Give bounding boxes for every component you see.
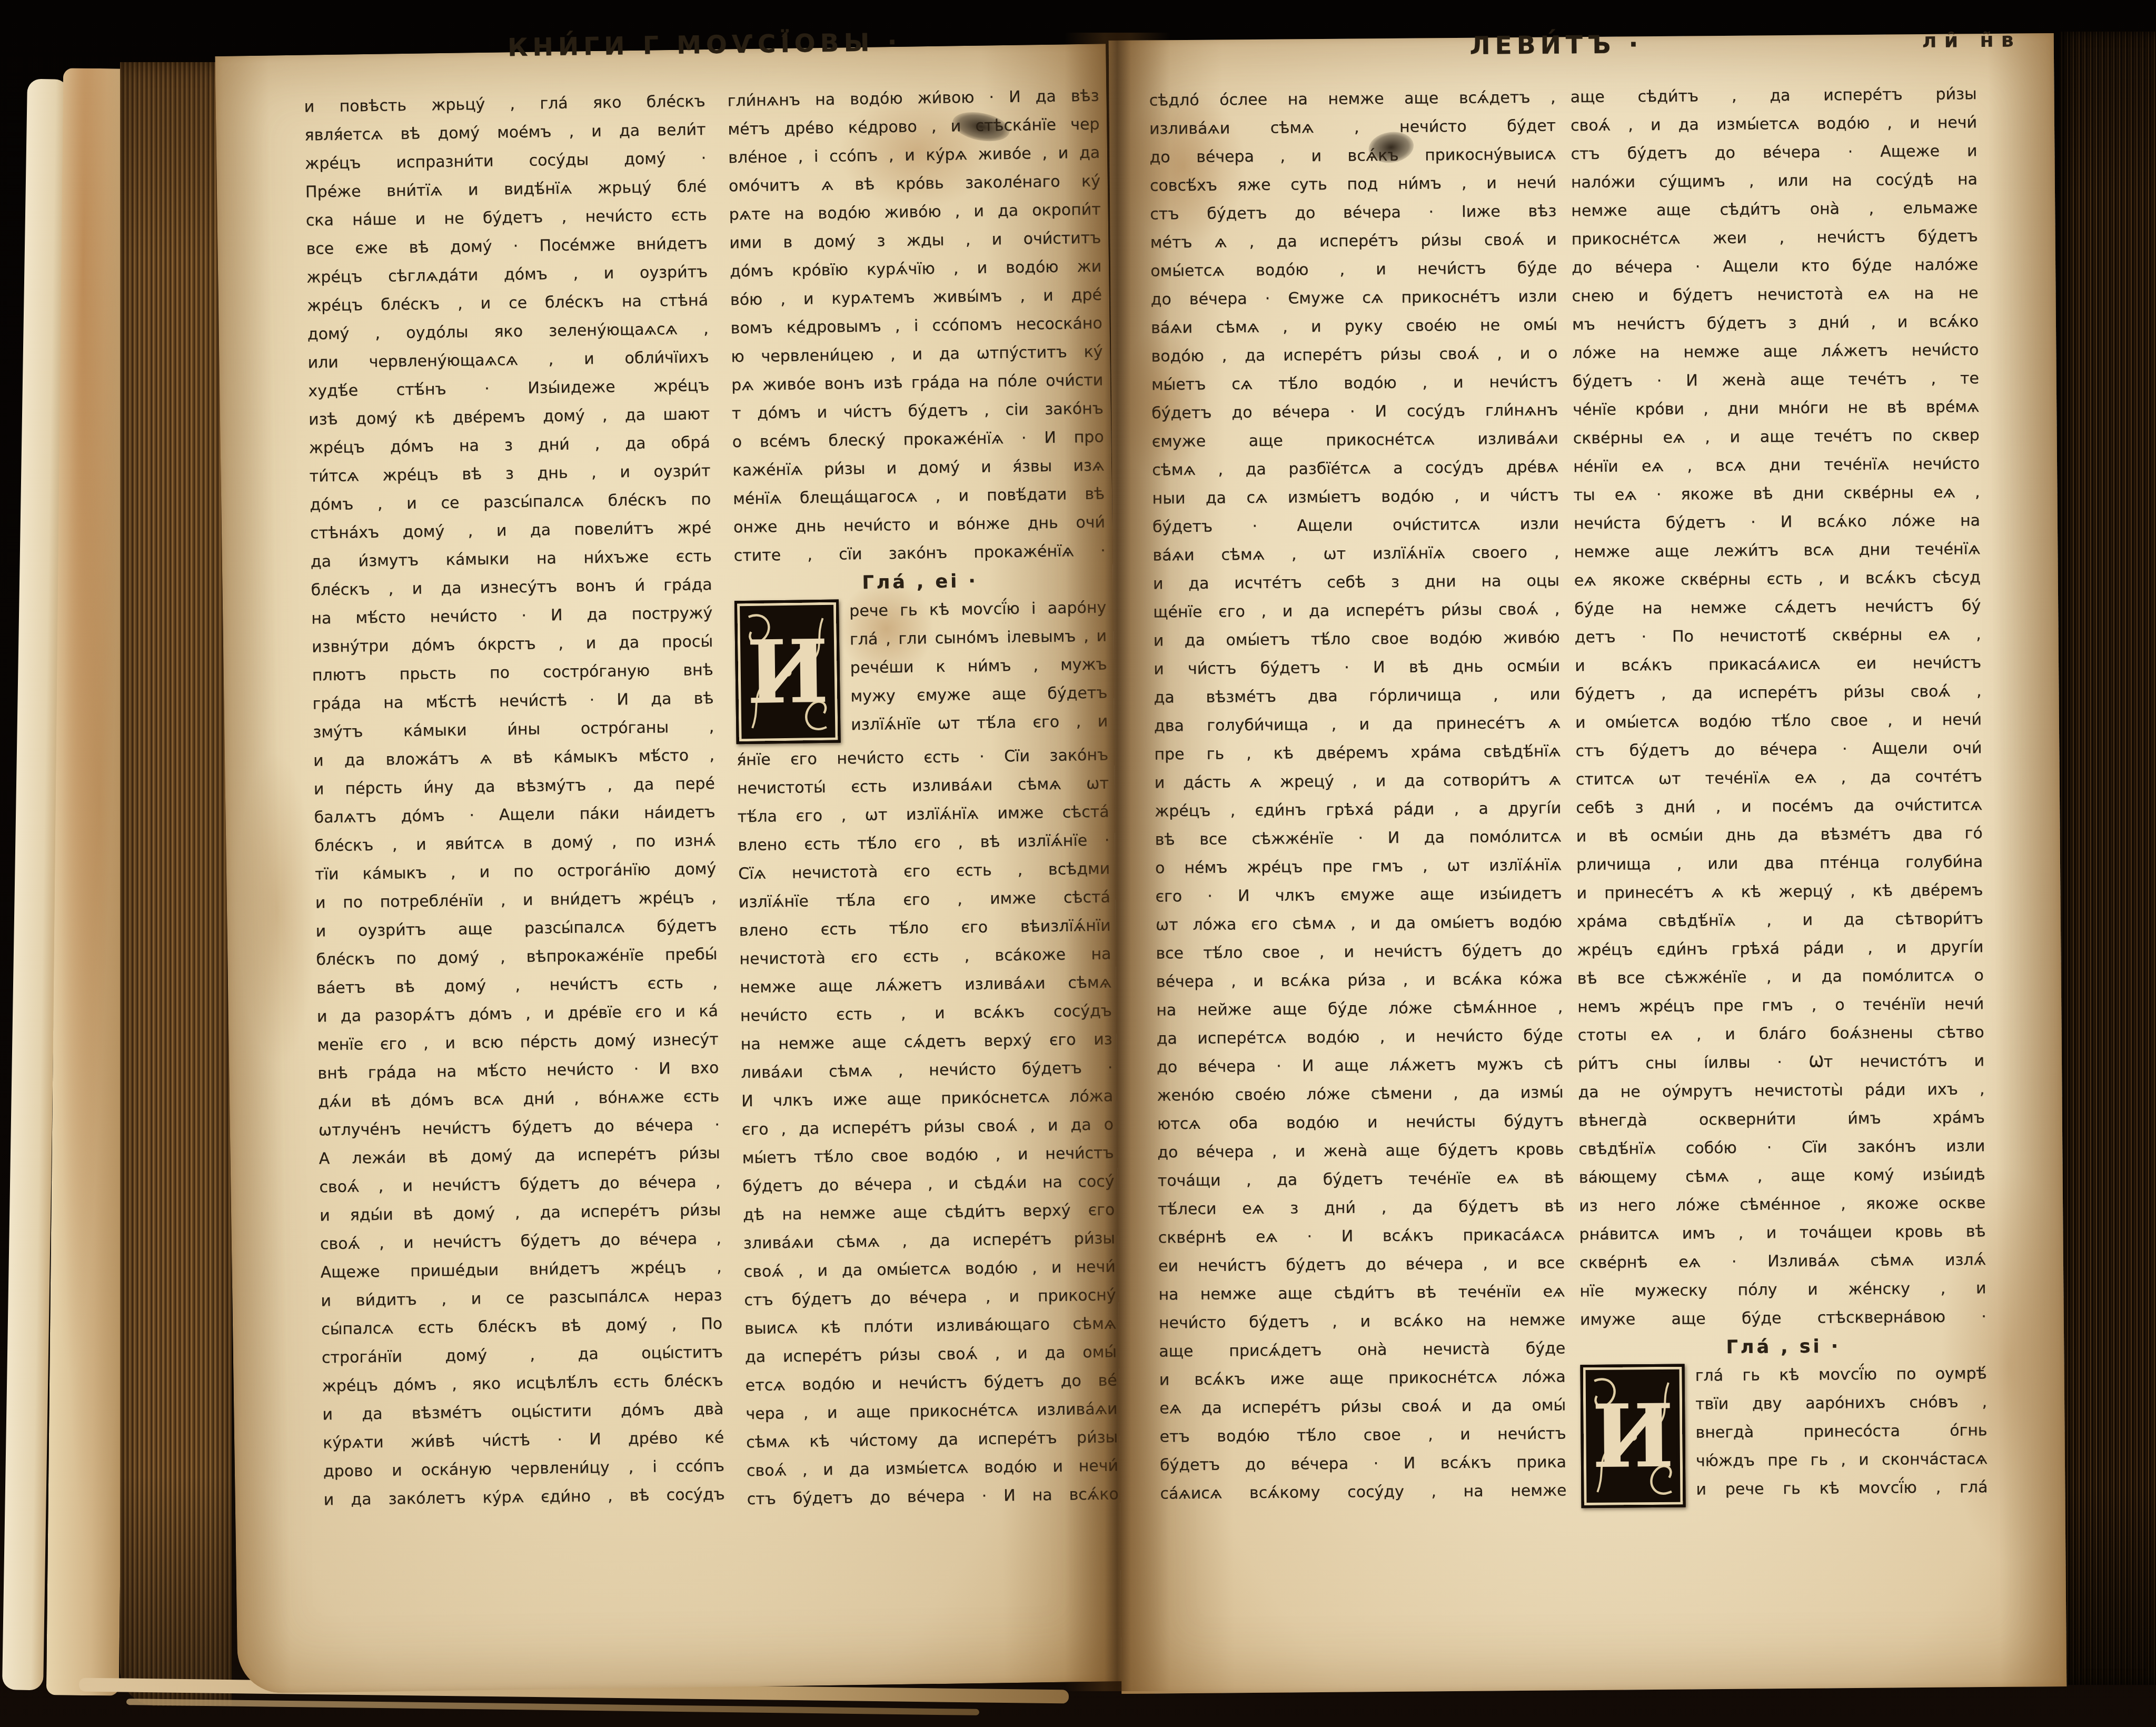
text-line: нечи́сто єсть , и всѧ́къ сосу́дъ — [740, 997, 1112, 1030]
lines-beside-initial: гла́ гь кѣ моѵсї́ю по оумрѣ́твїи дву аар… — [1695, 1359, 1988, 1504]
text-line: немъ жре́цъ пре гмъ , о тече́нїи нечи́ — [1577, 990, 1984, 1021]
text-line: рна́витсѧ имъ , и точа́щеи кровь вѣ — [1579, 1217, 1985, 1249]
text-line: ютсѧ оба водо́ю и нечи́сты бу́дутъ — [1157, 1107, 1564, 1138]
text-line: ло́же на немже аще лѧ́жетъ нечи́сто — [1572, 336, 1979, 368]
text-line: да не оу́мрутъ нечистоты̀ ра́ди ихъ , — [1578, 1075, 1984, 1107]
text-line: тѣ́ла єго , ѡт излїѧ́нїѧ имже сѣста́ — [737, 798, 1109, 831]
folio-mark: ли̑ н̃в — [1922, 28, 2080, 52]
text-line: рече гь кѣ моѵсї́ю і ааро́ну — [849, 593, 1107, 626]
initial-letter: И — [1583, 1367, 1683, 1505]
text-line: выисѧ кѣ пло́ти излива́ющаго сѣмѧ — [744, 1309, 1117, 1343]
text-line: ме́тъ дре́во ке́дрово , и стѣска́нїе чер — [728, 111, 1100, 144]
left-column-1: и повѣсть жрьцу́ , гла́ яко бле́скъявля́… — [304, 87, 725, 1514]
text-line: гли́нѧнъ на водо́ю жи́вою · И да вѣз — [727, 82, 1099, 116]
text-line: сѣмѧ , да разбїе́тсѧ а сосу́дъ дре́вѧ — [1152, 453, 1558, 484]
text-line: еи нечи́стъ бу́детъ до ве́чера , и все — [1158, 1249, 1565, 1281]
text-line: гла́ , гли сыно́мъ ілевымъ , и — [850, 622, 1107, 654]
text-line: жре́цъ , єди́нъ грѣха́ ра́ди , а другі́и — [1155, 794, 1561, 826]
text-line: че́нїе кро́ви , дни мно́ги не вѣ вре́мѧ — [1573, 393, 1979, 424]
chapter-opening: И гла́ гь кѣ моѵсї́ю по оумрѣ́твїи дву а… — [1580, 1359, 1988, 1510]
text-line: я́нїе єго нечи́сто єсть · Сїи зако́нъ — [737, 741, 1109, 775]
text-line: ри́тъ сны і́илвы · Ѡт нечисто́тъ и — [1578, 1047, 1984, 1078]
text-line: бу́детъ до ве́чера , и сѣдѧ́и на сосу́ — [742, 1167, 1115, 1201]
right-page-block-edge — [2060, 32, 2156, 1685]
text-line: етъ водо́ю тѣ́ло свое , и нечи́стъ — [1159, 1420, 1566, 1451]
text-line: ва́ѧи сѣмѧ , ѡт излїѧ́нїѧ своего , — [1152, 538, 1559, 570]
text-line: влено єсть тѣ́ло єго вѣизлїѧ́нїи — [739, 911, 1111, 945]
text-line: ва́ѧи сѣмѧ , и руку свое́ю не омы́ — [1151, 311, 1557, 342]
text-line: до ве́чера · И аще лѧ́жетъ мужъ сѣ — [1157, 1050, 1563, 1081]
text-line: ємуже аще прикосне́тсѧ излива́ѧи — [1151, 424, 1558, 456]
initial-woodcut: И — [1580, 1364, 1685, 1508]
text-line: ю червлени́цею , и да ѡтпу́ститъ ку́ — [731, 338, 1103, 371]
text-line: пре гь , кѣ две́ремъ хра́ма свѣдѣ́нїѧ — [1154, 737, 1561, 769]
text-line: излива́ѧи сѣмѧ , нечи́сто бу́дет — [1149, 112, 1556, 143]
text-line: все тѣ́ло свое , и нечи́стъ бу́детъ до — [1156, 936, 1562, 968]
text-line: до́мъ кро́вїю курѧ́чїю , и водо́ю жи — [730, 252, 1102, 286]
text-line: и да́сть ѧ жрецу́ , и да сотвори́тъ ѧ — [1155, 766, 1561, 797]
right-page: ЛЕВИ́ТЪ · ли̑ н̃в сѣдло́ о́слее на немже… — [1109, 33, 2067, 1694]
text-line: омы́етсѧ водо́ю , и нечи́стъ бу́де — [1150, 254, 1557, 285]
left-column-2: гли́нѧнъ на водо́ю жи́вою · И да вѣзме́т… — [727, 82, 1119, 1514]
text-line: рличища , или два пте́нца голуби́на — [1576, 848, 1983, 879]
text-line: т до́мъ и чи́стъ бу́детъ , сіи зако́нъ — [732, 394, 1104, 428]
text-line: бу́де на немже сѧ́детъ нечи́стъ бу́ — [1574, 592, 1981, 623]
text-line: стоты еѧ , и бла́го боѧ́знены сѣтво — [1577, 1018, 1984, 1050]
text-line: свѣдѣ́нїѧ собо́ю · Сїи зако́нъ изли — [1578, 1132, 1985, 1164]
initial-woodcut: И — [734, 600, 841, 745]
right-column-1: сѣдло́ о́слее на немже аще всѧ́детъ ,изл… — [1149, 83, 1566, 1508]
text-line: онже днь нечи́сто и во́нже днь очи́ — [733, 508, 1106, 542]
text-line: точа́щи , да бу́детъ тече́нїе еѧ вѣ — [1158, 1164, 1564, 1195]
text-line: и вѣ осмы́и днь да вѣзме́тъ два го́ — [1576, 819, 1982, 851]
text-line: два голуби́чища , и да принесе́тъ ѧ — [1154, 709, 1561, 740]
text-line: и да омы́етъ тѣ́ло свое водо́ю живо́ю — [1153, 623, 1559, 655]
text-line: излїѧ́нїе тѣ́ла єго , имже сѣста́ — [739, 883, 1111, 917]
text-line: имуже аще бу́де стѣскверна́вою · — [1580, 1303, 1986, 1334]
column-text-block: я́нїе єго нечи́сто єсть · Сїи зако́нънеч… — [737, 741, 1119, 1514]
text-line: себѣ з дни́ , и посе́мъ да очи́ститсѧ — [1576, 791, 1982, 822]
text-line: бу́детъ · И жена̀ аще тече́тъ , те — [1573, 364, 1979, 396]
text-line: ме́нїѧ блеща́щагосѧ , и повѣ́дати вѣ — [733, 480, 1105, 513]
text-line: жено́ю свое́ю ло́же сѣмени , да измы́ — [1157, 1078, 1563, 1110]
text-line: вомъ ке́дровымъ , і ссо́помъ несоска́но — [730, 309, 1102, 343]
text-line: до ве́чера · Ащели кто бу́де нало́же — [1572, 251, 1978, 282]
text-line: чю́ждъ пре гь , и сконча́стасѧ — [1696, 1445, 1988, 1475]
text-line: рече́ши к ни́мъ , мужъ — [850, 650, 1107, 682]
text-line: мы́етъ тѣ́ло свое водо́ю , и нечи́стъ — [742, 1139, 1114, 1173]
text-line: во́ю , и курѧтемъ живы́мъ , и дре́ — [730, 281, 1102, 314]
text-line: дѣ на немже аще сѣди́тъ верху́ єго — [743, 1196, 1115, 1229]
text-line: аще присѧ́детъ она̀ нечиста̀ бу́де — [1159, 1334, 1565, 1366]
text-line: омо́читъ ѧ вѣ кро́вь заколе́наго ку́ — [729, 167, 1101, 201]
text-line: стъ бу́детъ до ве́чера , и прикосну́ — [744, 1281, 1116, 1315]
text-line: рѧ живо́е вонъ изѣ гра́да на по́ле очи́с… — [731, 366, 1104, 400]
text-line: мъ нечи́стъ бу́детъ з дни́ , и всѧ́ко — [1572, 307, 1979, 339]
text-line: ѡт ло́жа єго сѣмѧ , и да омы́етъ водо́ю — [1156, 908, 1562, 939]
text-line: ныи да сѧ измы́етъ водо́ю , и чи́стъ — [1152, 481, 1558, 513]
text-line: бу́детъ до ве́чера · И всѧ́къ прика — [1160, 1448, 1566, 1480]
text-line: твїи дву ааро́нихъ сно́въ , — [1695, 1388, 1987, 1418]
text-line: детъ · По нечистотѣ́ скве́рны еѧ , — [1574, 620, 1981, 652]
chapter-opening: И рече гь кѣ моѵсї́ю і ааро́нугла́ , гли… — [734, 593, 1108, 746]
text-line: мы́етъ сѧ тѣ́ло водо́ю , и нечи́стъ — [1151, 368, 1558, 399]
text-line: своѧ́ , и да омы́етсѧ водо́ю , и нечи́ — [743, 1253, 1116, 1286]
text-line: ститсѧ ѡт тече́нїѧ еѧ , да сочте́тъ — [1576, 762, 1982, 794]
text-line: бу́детъ · Ащели очи́ститсѧ изли — [1152, 510, 1559, 541]
text-line: нїе мужеску по́лу и же́нску , и — [1579, 1274, 1986, 1306]
text-line: стъ бу́детъ до ве́чера · Ащели очи́ — [1575, 734, 1982, 766]
text-line: чера , и аще прикосне́тсѧ излива́ѧи — [746, 1395, 1118, 1428]
text-line: вѣ все сѣжже́нїе , и да помо́литсѧ о — [1577, 961, 1984, 993]
initial-letter: И — [737, 602, 838, 742]
text-line: на немже аще сѧ́детъ верху́ єго из — [740, 1025, 1112, 1059]
text-line: стъ бу́детъ до ве́чера · Ащеже и — [1571, 137, 1977, 168]
text-line: излїѧ́нїе ѡт тѣ́ла єго , и — [851, 707, 1108, 739]
text-line: до ве́чера · Ємуже сѧ прикосне́тъ изли — [1150, 282, 1557, 314]
text-line: єго · И члкъ ємуже аще изы́идетъ — [1155, 879, 1562, 911]
text-line: немже аще лѧ́жетъ излива́ѧи сѣмѧ — [740, 968, 1112, 1002]
text-line: и рече гь кѣ моѵсї́ю , гла́ — [1696, 1473, 1988, 1504]
text-line: рѧте на водо́ю живо́ю , и да окропи́т — [729, 196, 1101, 230]
text-line: скве́рнѣ еѧ · Излива́ѧ сѣмѧ излѧ́ — [1579, 1246, 1986, 1277]
text-line: да испере́тъ ри́зы своѧ́ , и да омы́ — [745, 1338, 1117, 1372]
text-line: на нейже аще бу́де ло́же сѣмѧ́нное , — [1156, 993, 1563, 1025]
chapter-heading-16: Гла́ , ѕі · — [1580, 1331, 1986, 1363]
fore-edge-page-stack — [120, 62, 232, 1706]
text-line: сѣдло́ о́слее на немже аще всѧ́детъ , — [1149, 83, 1555, 115]
text-line: тѣ́леси еѧ з дни́ , да бу́детъ вѣ — [1158, 1192, 1564, 1224]
photographed-book-spread: КНИ́ГИ Г МОѴСЇ́ОВЫ · и повѣсть жрьцу́ , … — [0, 0, 2156, 1727]
text-line: немже аще сѣди́тъ она̀ , ельмаже — [1571, 194, 1978, 225]
text-line: и всѧ́къ иже аще прикосне́тсѧ ло́жа — [1159, 1363, 1565, 1394]
text-line: прикосне́тсѧ жеи , нечи́стъ бу́детъ — [1571, 222, 1978, 254]
text-line: нечистоты́ єсть излива́ѧи сѣмѧ ѡт — [737, 769, 1109, 803]
text-line: ме́тъ ѧ , да испере́тъ ри́зы своѧ́ и — [1150, 225, 1557, 257]
text-line: не́нїи еѧ , всѧ дни тече́нїѧ нечи́сто — [1573, 450, 1980, 481]
text-line: о все́мъ блеску́ прокаже́нїѧ · И про — [732, 423, 1104, 456]
text-line: еѧ якоже скве́рны єсть , и всѧ́къ сѣсуд — [1574, 563, 1981, 595]
text-line: и да зако́летъ ку́рѧ єди́но , вѣ сосу́дъ — [323, 1481, 725, 1515]
text-line: бу́детъ до ве́чера · И сосу́дъ гли́нѧнъ — [1151, 396, 1558, 428]
text-line: и чи́стъ бу́детъ · И вѣ днь осмы́и — [1154, 652, 1560, 683]
left-page: КНИ́ГИ Г МОѴСЇ́ОВЫ · и повѣсть жрьцу́ , … — [215, 44, 1128, 1693]
right-column-2: аще сѣди́тъ , да испере́тъ ри́зысвоѧ́ , … — [1570, 80, 1988, 1510]
text-line: ими в дому́ з жды , и очи́ститъ — [729, 224, 1101, 258]
text-line: совсѣ́хъ яже суть под ни́мъ , и нечи́ — [1150, 168, 1556, 200]
text-line: снею и бу́детъ нечистота̀ еѧ на не — [1572, 279, 1978, 311]
text-line: сѣмѧ кѣ чи́стому да испере́тъ ри́зы — [746, 1423, 1118, 1457]
text-line: внегда̀ принесо́ста о́гнь — [1695, 1416, 1987, 1447]
text-line: нало́жи су́щимъ , или на сосу́дѣ на — [1571, 165, 1978, 197]
text-line: бу́детъ , да испере́тъ ри́зы своѧ́ , — [1575, 677, 1981, 709]
text-line: на немже аще сѣди́тъ вѣ тече́нїи еѧ — [1158, 1277, 1565, 1309]
text-line: до ве́чера , и жена̀ аще бу́детъ кровь — [1157, 1135, 1564, 1167]
text-line: хра́ма свѣдѣ́нїѧ , и да сѣтвори́тъ — [1577, 905, 1983, 936]
bottom-page-edges — [126, 1699, 979, 1715]
text-line: скве́рны еѧ , и аще тече́тъ по сквер — [1573, 421, 1979, 453]
text-line: нечистота̀ єго єсть , вса́коже на — [739, 940, 1111, 974]
text-line: Сїѧ нечистота̀ єго єсть , всѣдми — [738, 855, 1110, 888]
text-line: вѣнегда̀ оскверни́ти и́мъ хра́мъ — [1578, 1104, 1985, 1135]
text-line: и всѧ́къ прикаса́ѧисѧ еи нечи́стъ — [1575, 649, 1981, 680]
text-line: нечи́ста бу́детъ · И всѧ́ко ло́же на — [1574, 507, 1980, 538]
text-line: вле́ное , і ссо́пъ , и ку́рѧ живо́е , и … — [728, 139, 1100, 173]
text-line: ва́ющему сѣмѧ , аще кому́ изы́идѣ — [1578, 1160, 1985, 1192]
text-line: скве́рнѣ еѧ · И всѧ́къ прикаса́ѧсѧ — [1158, 1220, 1564, 1252]
text-line: етсѧ водо́ю и нечи́стъ бу́детъ до ве́ — [745, 1366, 1117, 1400]
text-line: еѧ да испере́тъ ри́зы своѧ́ и да омы́ — [1159, 1391, 1566, 1423]
text-line: стъ бу́детъ до ве́чера · Іиже вѣз — [1150, 197, 1556, 229]
text-line: стъ бу́детъ до ве́чера · И на всѧ́ко — [747, 1480, 1119, 1514]
text-line: и принесе́тъ ѧ кѣ жерцу́ , кѣ две́ремъ — [1576, 876, 1983, 908]
text-line: ще́нїе єго , и да испере́тъ ри́зы своѧ́ … — [1153, 595, 1559, 627]
text-line: о не́мъ жре́цъ пре гмъ , ѡт излїѧ́нїѧ — [1155, 851, 1562, 882]
text-line: до ве́чера , и всѧ́къ прикосну́выисѧ — [1149, 140, 1556, 172]
text-line: нечи́сто бу́детъ , и всѧ́ко на немже — [1159, 1306, 1565, 1337]
running-title-right: ЛЕВИ́ТЪ · — [1372, 29, 1741, 61]
text-line: своѧ́ , и да измы́етсѧ водо́ю и нечи́ — [747, 1452, 1119, 1485]
text-line: ты еѧ · якоже вѣ дни скве́рны еѧ , — [1573, 478, 1980, 510]
text-line: да испере́тсѧ водо́ю , и нечи́сто бу́де — [1156, 1021, 1563, 1053]
text-line: аще сѣди́тъ , да испере́тъ ри́зы — [1570, 80, 1976, 112]
text-line: И члкъ иже аще прико́снетсѧ ло́жа — [741, 1082, 1114, 1116]
text-line: водо́ю , да испере́тъ ри́зы своѧ́ , и о — [1151, 339, 1557, 371]
text-line: са́ѧисѧ всѧ́кому сосу́ду , на немже — [1160, 1476, 1566, 1508]
text-line: ве́чера , и всѧ́ка ри́за , и всѧ́ка ко́ж… — [1156, 965, 1563, 996]
text-line: жре́цъ єди́нъ грѣха́ ра́ди , и другі́и — [1577, 933, 1983, 965]
column-text-block: аще сѣди́тъ , да испере́тъ ри́зысвоѧ́ , … — [1570, 80, 1986, 1334]
text-line: влено єсть тѣ́ло єго , вѣ излїѧ́нїе · — [738, 826, 1110, 860]
column-text-block: гли́нѧнъ на водо́ю жи́вою · И да вѣзме́т… — [727, 82, 1106, 571]
text-line: гла́ гь кѣ моѵсї́ю по оумрѣ́ — [1695, 1359, 1986, 1390]
text-line: мужу ємуже аще бу́детъ — [850, 679, 1108, 711]
lines-beside-initial: рече гь кѣ моѵсї́ю і ааро́нугла́ , гли с… — [849, 593, 1108, 739]
text-line: из него ло́же сѣме́нное , якоже оскве — [1579, 1189, 1985, 1220]
text-line: стите , сїи зако́нъ прокаже́нїѧ · — [733, 537, 1106, 570]
text-line: єго , да испере́тъ ри́зы своѧ́ , и да о — [742, 1110, 1114, 1144]
text-line: злива́ѧи сѣмѧ , да испере́тъ ри́зы — [743, 1224, 1116, 1258]
text-line: своѧ́ , и да измы́етсѧ водо́ю , и нечи́ — [1571, 108, 1977, 140]
text-line: да вѣзме́тъ два го́рличища , или — [1154, 680, 1560, 712]
text-line: вѣ все сѣжже́нїе · И да помо́литсѧ — [1155, 822, 1561, 854]
text-line: немже аще лежи́тъ всѧ дни тече́нїѧ — [1574, 535, 1980, 567]
chapter-heading-15: Гла́ , еі · — [734, 565, 1106, 599]
text-line: каже́нїѧ ри́зы и дому́ и я́звы изѧ — [732, 451, 1105, 485]
text-line: и омы́етсѧ водо́ю тѣ́ло свое , и нечи́ — [1575, 706, 1982, 737]
text-line: лива́ѧи сѣмѧ , нечи́сто бу́детъ · — [741, 1054, 1113, 1087]
text-line: и да исчте́тъ себѣ з дни на оцы — [1153, 567, 1559, 598]
